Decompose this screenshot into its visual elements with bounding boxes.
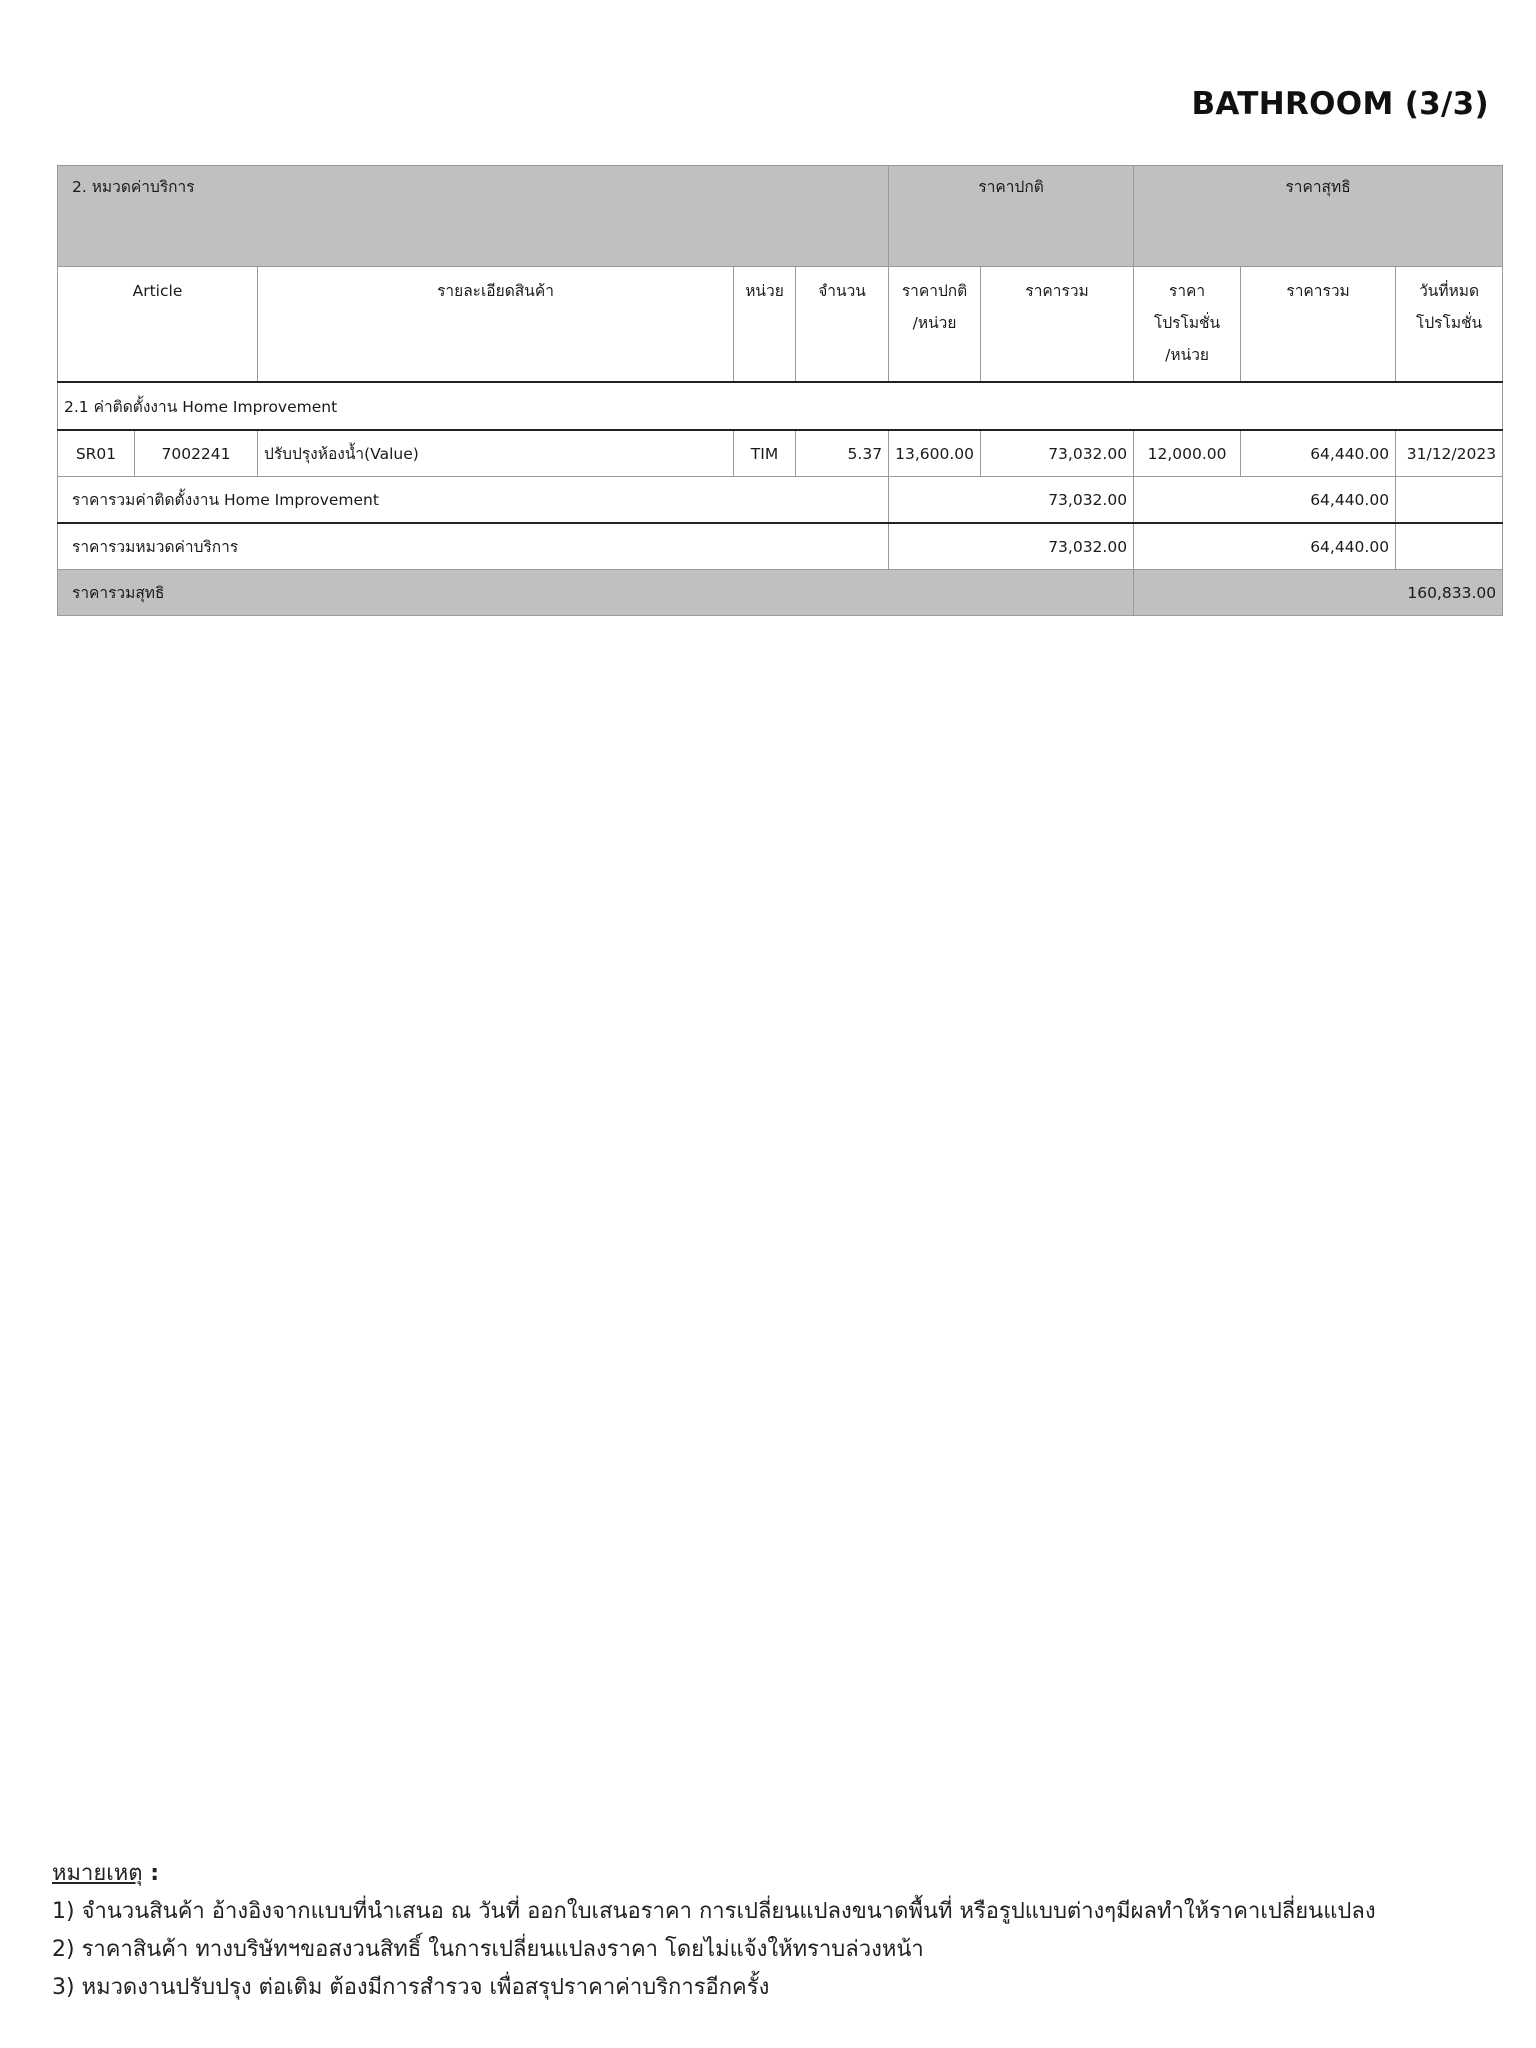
col-header-line: ราคา: [1140, 275, 1234, 307]
col-header-line: โปรโมชั่น: [1140, 307, 1234, 339]
table-row: SR01 7002241 ปรับปรุงห้องน้ำ(Value) TIM …: [58, 430, 1503, 477]
item-promo-total: 64,440.00: [1241, 430, 1396, 477]
note-item: 1) จำนวนสินค้า อ้างอิงจากแบบที่นำเสนอ ณ …: [52, 1893, 1376, 1931]
col-header-promo-end-date: วันที่หมด โปรโมชั่น: [1396, 267, 1503, 383]
col-header-line: /หน่วย: [1140, 339, 1234, 371]
section-total-regular: 73,032.00: [889, 523, 1134, 570]
subsection-total-label: ราคารวมค่าติดตั้งงาน Home Improvement: [58, 477, 889, 524]
empty-cell: [1396, 523, 1503, 570]
column-header-row: Article รายละเอียดสินค้า หน่วย จำนวน ราค…: [58, 267, 1503, 383]
item-description: ปรับปรุงห้องน้ำ(Value): [258, 430, 734, 477]
col-header-unit: หน่วย: [734, 267, 796, 383]
item-article: 7002241: [135, 430, 258, 477]
subsection-total-promo: 64,440.00: [1134, 477, 1396, 524]
empty-cell: [1396, 477, 1503, 524]
notes-colon: :: [143, 1861, 159, 1886]
item-promo-end-date: 31/12/2023: [1396, 430, 1503, 477]
subsection-total-regular: 73,032.00: [889, 477, 1134, 524]
grand-total-value: 160,833.00: [1134, 570, 1503, 616]
col-header-article: Article: [58, 267, 258, 383]
note-item: 2) ราคาสินค้า ทางบริษัทฯขอสงวนสิทธิ์ ในก…: [52, 1931, 1376, 1969]
section-header: 2. หมวดค่าบริการ: [58, 166, 889, 267]
quotation-table: 2. หมวดค่าบริการ ราคาปกติ ราคาสุทธิ Arti…: [57, 165, 1503, 616]
section-total-row: ราคารวมหมวดค่าบริการ 73,032.00 64,440.00: [58, 523, 1503, 570]
item-regular-total: 73,032.00: [981, 430, 1134, 477]
item-unit: TIM: [734, 430, 796, 477]
col-header-description: รายละเอียดสินค้า: [258, 267, 734, 383]
col-header-promo-total: ราคารวม: [1241, 267, 1396, 383]
item-code: SR01: [58, 430, 135, 477]
grand-total-label: ราคารวมสุทธิ: [58, 570, 1134, 616]
col-header-line: ราคาปกติ: [895, 275, 974, 307]
col-header-line: /หน่วย: [895, 307, 974, 339]
col-header-promo-unit-price: ราคา โปรโมชั่น /หน่วย: [1134, 267, 1241, 383]
note-item: 3) หมวดงานปรับปรุง ต่อเติม ต้องมีการสำรว…: [52, 1969, 1376, 2007]
col-header-quantity: จำนวน: [796, 267, 889, 383]
subsection-total-row: ราคารวมค่าติดตั้งงาน Home Improvement 73…: [58, 477, 1503, 524]
notes-heading: หมายเหตุ :: [52, 1855, 1376, 1893]
col-header-line: โปรโมชั่น: [1402, 307, 1496, 339]
subsection-header: 2.1 ค่าติดตั้งงาน Home Improvement: [58, 382, 1503, 430]
section-total-label: ราคารวมหมวดค่าบริการ: [58, 523, 889, 570]
col-header-regular-unit-price: ราคาปกติ /หน่วย: [889, 267, 981, 383]
item-regular-unit-price: 13,600.00: [889, 430, 981, 477]
item-quantity: 5.37: [796, 430, 889, 477]
notes-section: หมายเหตุ : 1) จำนวนสินค้า อ้างอิงจากแบบท…: [52, 1855, 1376, 2007]
section-total-promo: 64,440.00: [1134, 523, 1396, 570]
col-header-regular-total: ราคารวม: [981, 267, 1134, 383]
page-title: BATHROOM (3/3): [1191, 86, 1489, 122]
col-header-line: วันที่หมด: [1402, 275, 1496, 307]
item-promo-unit-price: 12,000.00: [1134, 430, 1241, 477]
notes-title: หมายเหตุ: [52, 1861, 143, 1886]
grand-total-row: ราคารวมสุทธิ 160,833.00: [58, 570, 1503, 616]
group-header-net-price: ราคาสุทธิ: [1134, 166, 1503, 267]
group-header-regular-price: ราคาปกติ: [889, 166, 1134, 267]
